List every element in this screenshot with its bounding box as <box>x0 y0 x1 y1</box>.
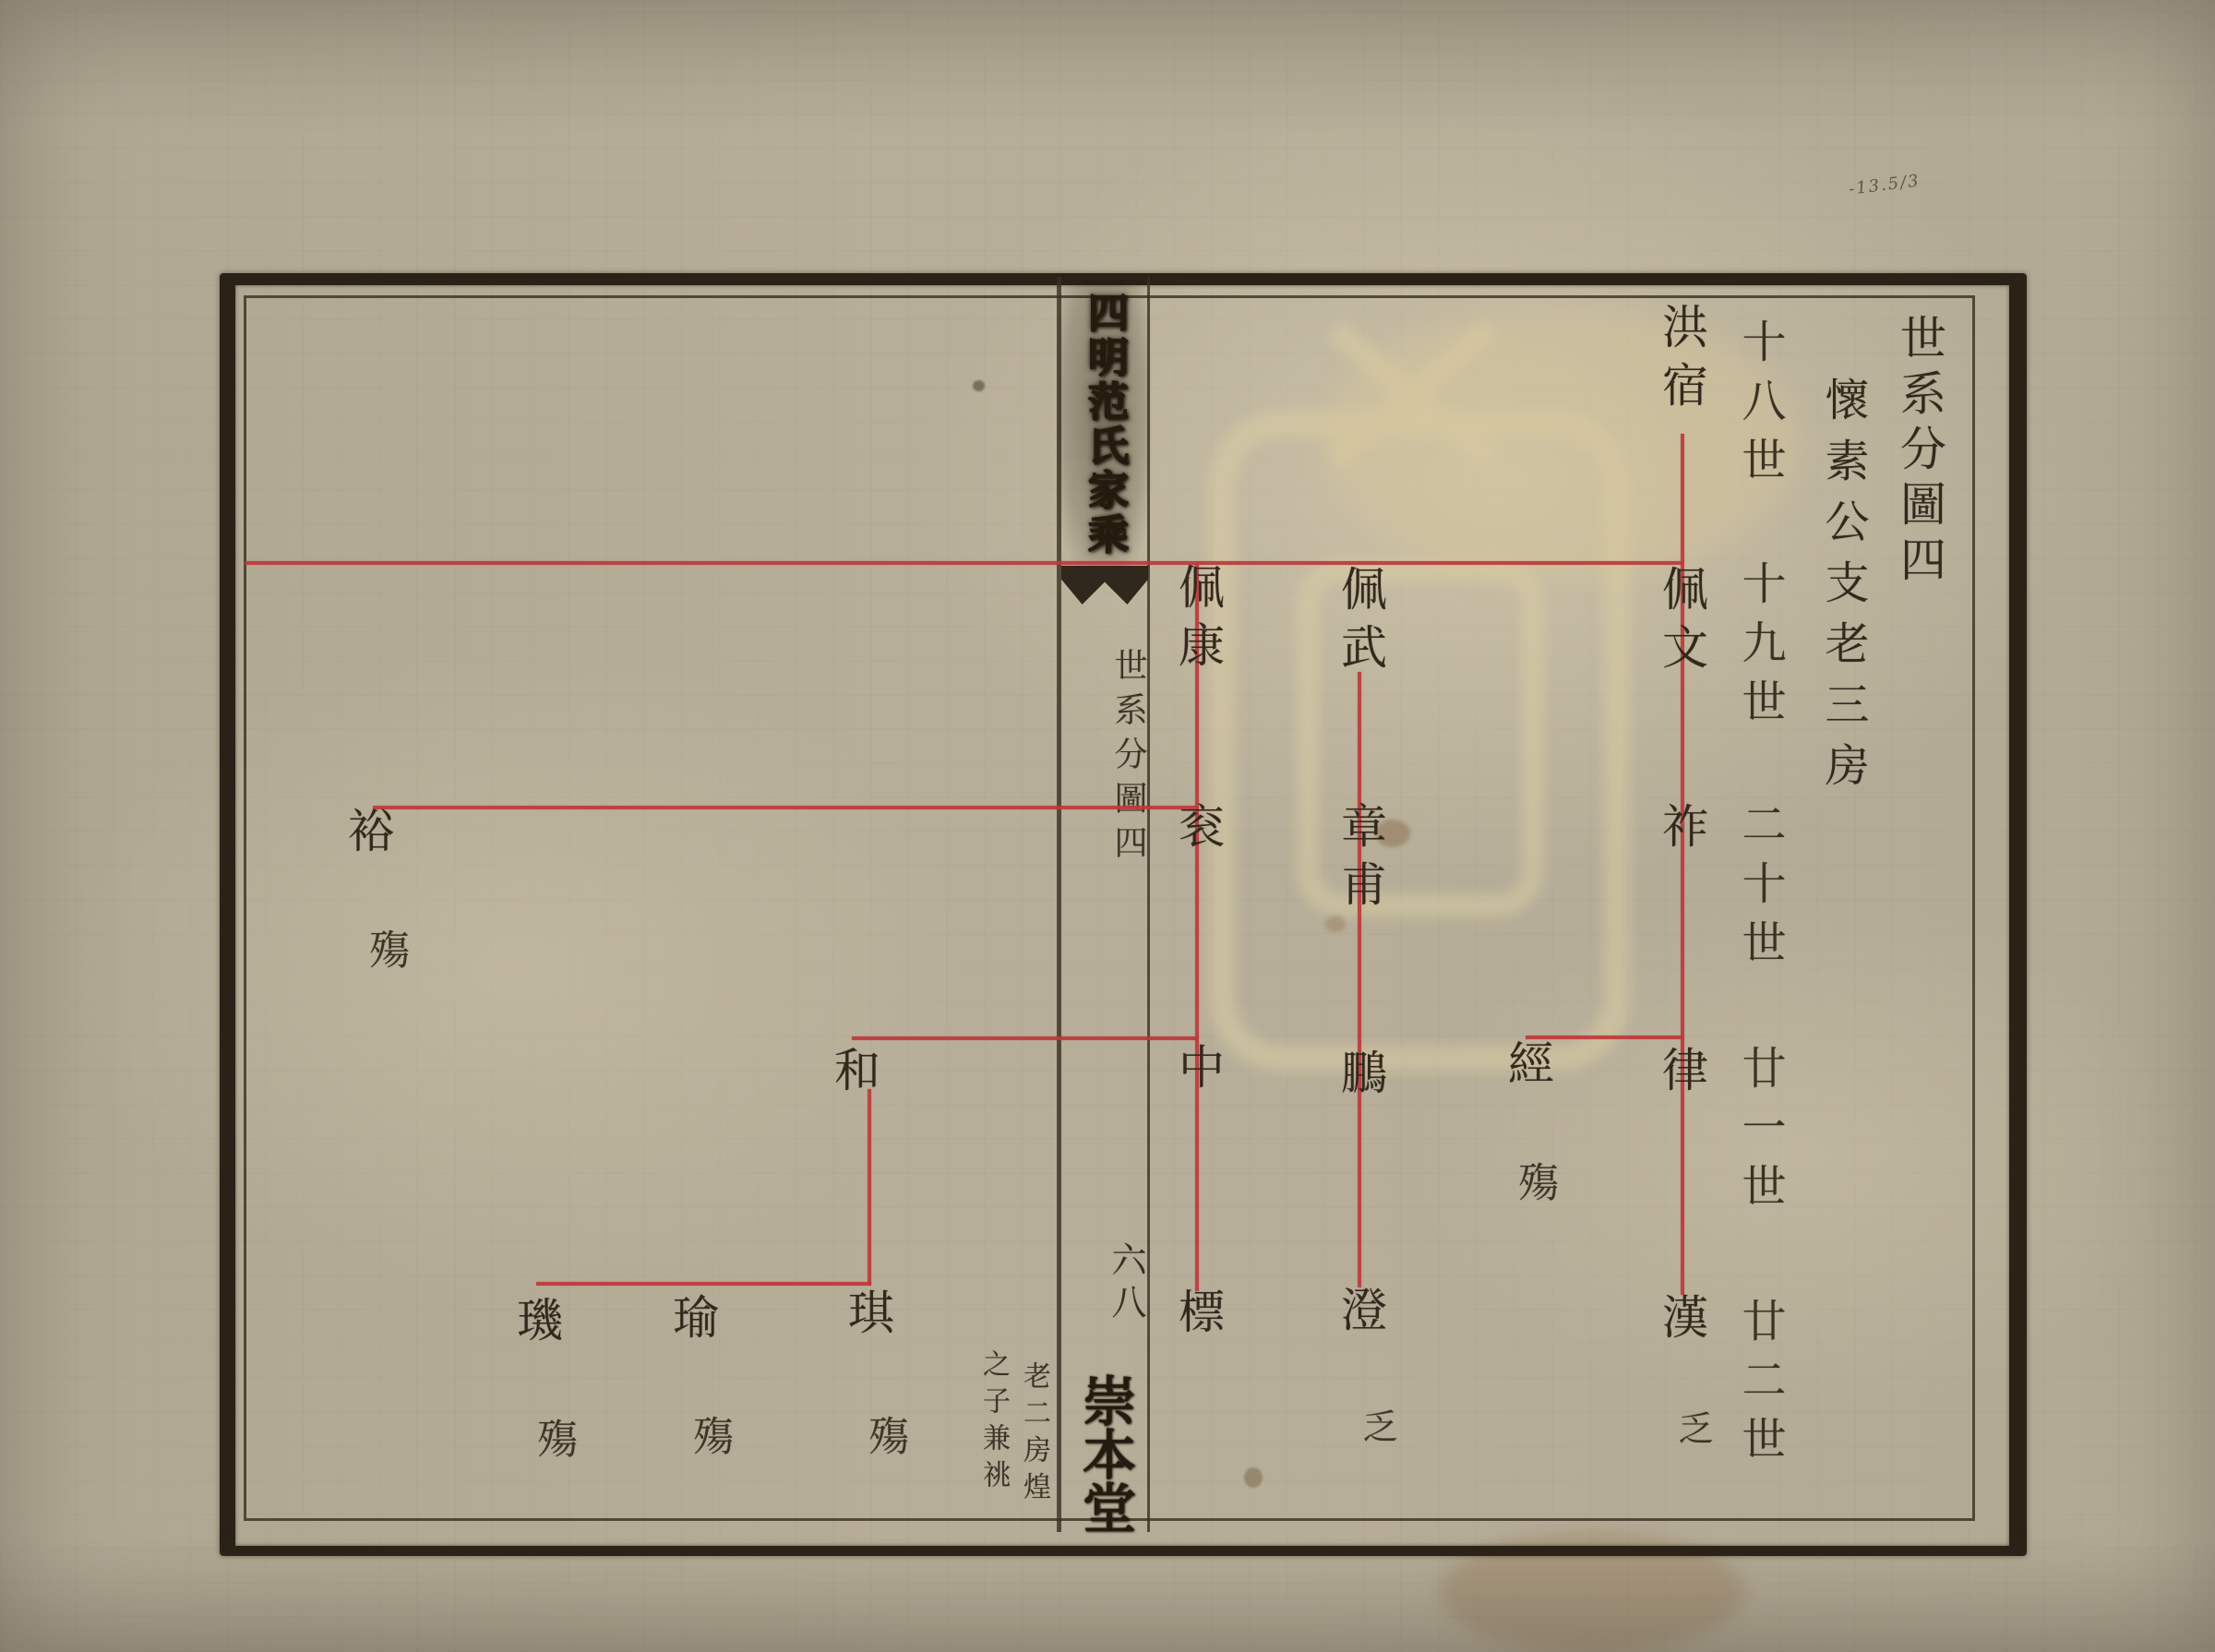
genealogy-scan-page: 四明范氏家乘 世系分圖四 六八 崇本堂 世系分圖四 懷素公支老三房 十八世 十九… <box>0 0 2215 1652</box>
node-peng: 鵬 <box>1337 1048 1383 1107</box>
line-gen21-siblings <box>852 1036 1198 1040</box>
node-hongsu: 洪宿 <box>1658 303 1705 419</box>
generation-label-20: 二十世 <box>1738 801 1782 978</box>
fold-chapter-caption: 世系分圖四 <box>1111 648 1144 869</box>
node-zuo: 祚 <box>1658 802 1705 860</box>
node-gun: 衮 <box>1175 802 1221 860</box>
node-peikang: 佩康 <box>1175 563 1221 679</box>
node-ji: 璣 <box>513 1296 559 1354</box>
status-jing: 殤 <box>1514 1161 1554 1202</box>
node-peiwen: 佩文 <box>1658 565 1705 681</box>
chart-title: 世系分圖四 <box>1897 314 1943 591</box>
node-zhangfu: 章甫 <box>1337 802 1383 918</box>
generation-label-18: 十八世 <box>1738 318 1782 496</box>
publisher-hall-name: 崇本堂 <box>1078 1373 1131 1534</box>
line-peiwu-descent <box>1358 672 1361 1287</box>
status-han: 乏 <box>1675 1410 1710 1445</box>
line-he-descent <box>868 1089 871 1285</box>
node-biao: 標 <box>1175 1287 1221 1346</box>
line-main-trunk <box>1681 434 1684 1295</box>
book-title: 四明范氏家乘 <box>1084 292 1124 557</box>
node-lv: 律 <box>1658 1046 1705 1104</box>
node-yu: 裕 <box>344 807 390 865</box>
node-han: 漢 <box>1658 1293 1705 1351</box>
branch-subtitle: 懷素公支老三房 <box>1821 377 1865 803</box>
pencil-margin-note: -13.5/3 <box>1848 171 1922 198</box>
status-ji: 殤 <box>533 1418 573 1458</box>
page-number: 六八 <box>1108 1241 1143 1326</box>
node-jing: 經 <box>1504 1039 1550 1097</box>
generation-label-22: 廿二世 <box>1738 1298 1782 1475</box>
node-he: 和 <box>831 1046 877 1104</box>
status-cheng: 乏 <box>1359 1408 1395 1443</box>
node-peiwu: 佩武 <box>1337 565 1383 681</box>
line-gen20-siblings <box>373 806 1198 809</box>
status-yu: 殤 <box>365 928 405 969</box>
node-qi: 琪 <box>844 1288 891 1347</box>
status-qi: 殤 <box>864 1415 904 1455</box>
generation-label-19: 十九世 <box>1738 560 1782 737</box>
node-zhong: 中 <box>1175 1043 1221 1101</box>
line-gen19-siblings <box>245 561 1683 565</box>
annotation-col-1: 老二房煌 <box>1020 1361 1048 1509</box>
node-cheng: 澄 <box>1337 1286 1383 1344</box>
annotation-col-2: 之子兼祧 <box>979 1349 1007 1497</box>
line-gen22-siblings <box>536 1282 871 1286</box>
generation-label-21: 廿一世 <box>1738 1045 1782 1222</box>
node-yu2: 瑜 <box>669 1293 715 1351</box>
status-yu2: 殤 <box>688 1415 729 1455</box>
